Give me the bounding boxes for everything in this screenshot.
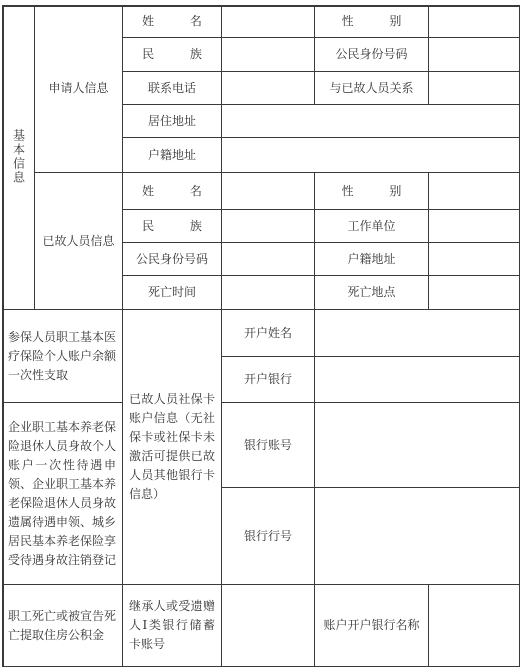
applicant-gender-label: 性 别	[315, 5, 429, 38]
applicant-info-label: 申请人信息	[35, 5, 123, 173]
deceased-name-field[interactable]	[222, 173, 315, 210]
applicant-residence-label: 居住地址	[123, 105, 222, 138]
heir-bank-name-field[interactable]	[429, 585, 520, 667]
heir-account-field[interactable]	[222, 585, 315, 667]
deceased-death-time-label: 死亡时间	[123, 276, 222, 310]
deceased-name-label: 姓 名	[123, 173, 222, 210]
applicant-gender-field[interactable]	[429, 5, 520, 38]
deceased-death-time-field[interactable]	[222, 276, 315, 310]
deceased-employer-label: 工作单位	[315, 210, 429, 243]
applicant-relationship-field[interactable]	[429, 72, 520, 105]
deceased-household-label: 户籍地址	[315, 243, 429, 276]
applicant-ethnicity-field[interactable]	[222, 38, 315, 72]
account-number-field[interactable]	[315, 403, 520, 488]
bank-code-label: 银行行号	[222, 488, 315, 585]
bank-field[interactable]	[315, 357, 520, 403]
applicant-ethnicity-label: 民 族	[123, 38, 222, 72]
applicant-name-field[interactable]	[222, 5, 315, 38]
deceased-household-field[interactable]	[429, 243, 520, 276]
deceased-gender-label: 性 别	[315, 173, 429, 210]
applicant-household-field[interactable]	[222, 138, 520, 173]
account-number-label: 银行账号	[222, 403, 315, 488]
deceased-ethnicity-label: 民 族	[123, 210, 222, 243]
housing-fund-service: 职工死亡或被宣告死亡提取住房公积金	[2, 585, 123, 667]
applicant-phone-label: 联系电话	[123, 72, 222, 105]
deceased-id-number-field[interactable]	[222, 243, 315, 276]
applicant-id-number-label: 公民身份号码	[315, 38, 429, 72]
pension-items-service: 企业职工基本养老保险退休人员身故个人账户一次性待遇申领、企业职工基本养老保险退休…	[2, 403, 123, 585]
bank-code-field[interactable]	[315, 488, 520, 585]
deceased-death-place-label: 死亡地点	[315, 276, 429, 310]
applicant-relationship-label: 与已故人员关系	[315, 72, 429, 105]
heir-account-label: 继承人或受遗赠人Ⅰ类银行储蓄卡账号	[123, 585, 222, 667]
applicant-residence-field[interactable]	[222, 105, 520, 138]
basic-info-section-label: 基本信息	[2, 5, 35, 310]
basic-info-text: 基本信息	[9, 129, 28, 185]
applicant-name-label: 姓 名	[123, 5, 222, 38]
deceased-employer-field[interactable]	[429, 210, 520, 243]
applicant-household-label: 户籍地址	[123, 138, 222, 173]
deceased-id-number-label: 公民身份号码	[123, 243, 222, 276]
applicant-phone-field[interactable]	[222, 72, 315, 105]
deceased-ethnicity-field[interactable]	[222, 210, 315, 243]
bank-label: 开户银行	[222, 357, 315, 403]
deceased-gender-field[interactable]	[429, 173, 520, 210]
deceased-info-label: 已故人员信息	[35, 173, 123, 310]
applicant-id-number-field[interactable]	[429, 38, 520, 72]
death-benefit-application-form: 基本信息 申请人信息 姓 名 性 别 民 族 公民身份号码 联系电话 与已故人员…	[2, 5, 520, 667]
social-card-account-label: 已故人员社保卡账户信息（无社保卡或社保卡未激活可提供已故人员其他银行卡信息）	[123, 310, 222, 585]
deceased-death-place-field[interactable]	[429, 276, 520, 310]
heir-bank-name-label: 账户开户银行名称	[315, 585, 429, 667]
medical-lump-sum-service: 参保人员职工基本医疗保险个人账户余额一次性支取	[2, 310, 123, 403]
account-name-label: 开户姓名	[222, 310, 315, 357]
account-name-field[interactable]	[315, 310, 520, 357]
